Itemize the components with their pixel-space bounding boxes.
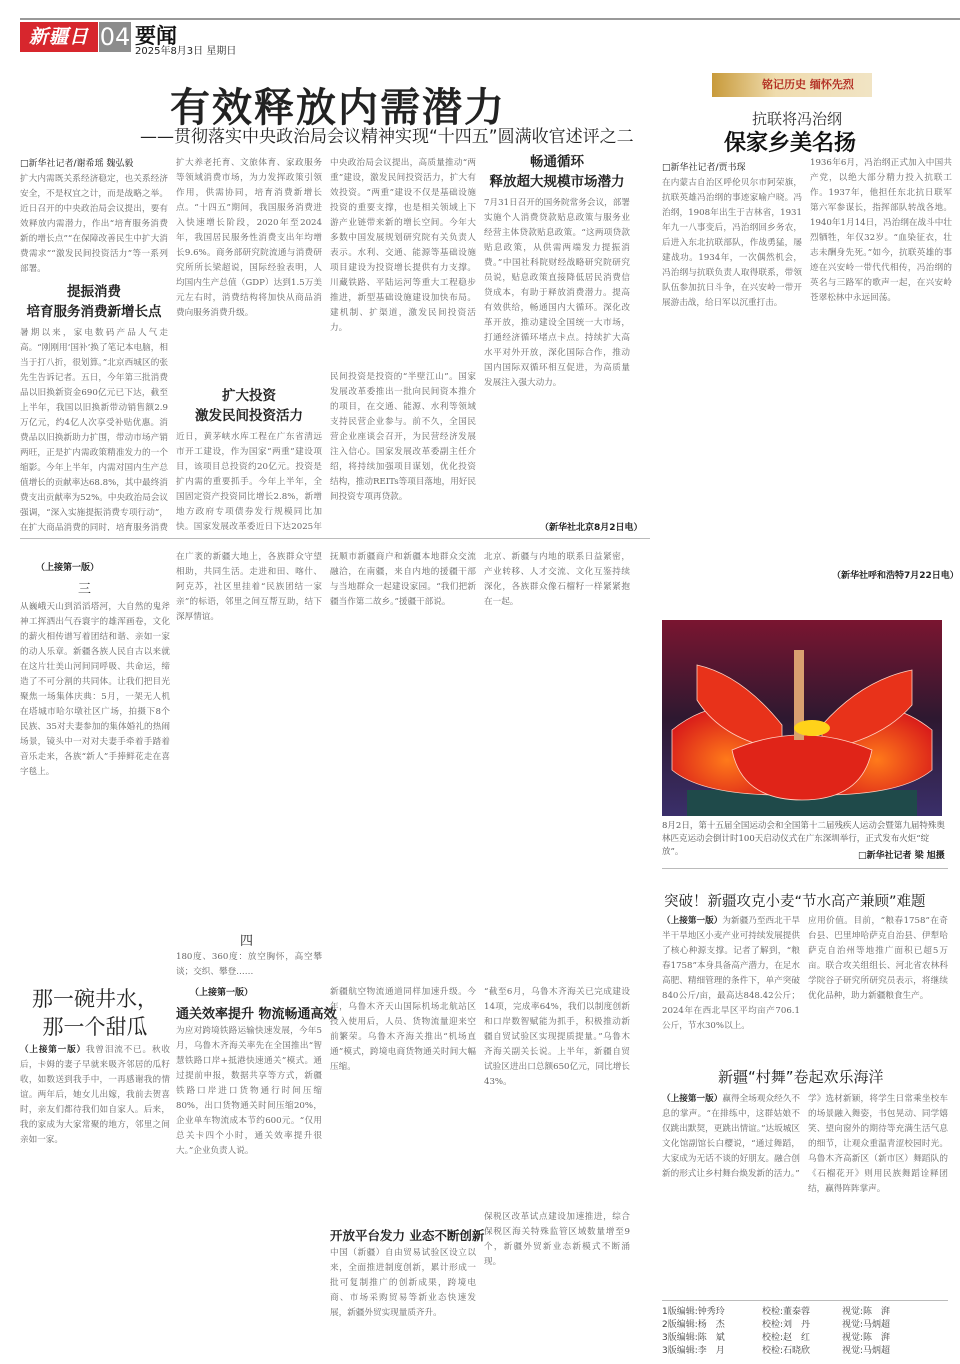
wheat-headline: 突破！新疆攻克小麦“节水高产兼顾”难题 xyxy=(664,890,926,911)
page-number: 04 xyxy=(99,22,131,52)
editor-proof: 校检:石晓欣 xyxy=(762,1345,842,1358)
lead-dateline: （新华社北京8月2日电） xyxy=(540,520,643,533)
story-three-col3: 抚顺市新疆商户和新疆本地群众交流融洽，在南疆，来自内地的援疆干部与当地群众一起建… xyxy=(330,550,476,970)
logistics-section1-heading: 通关效率提升 物流畅通高效 xyxy=(176,1003,337,1022)
dance-text-left: 赢得全场观众经久不息的掌声。“在排练中，这群姑娘不仅跳出默契，更跳出情谊。”达坂… xyxy=(662,1094,800,1179)
dance-lead-label: （上接第一版） xyxy=(662,1094,722,1104)
story-three-col2: 在广袤的新疆大地上，各族群众守望相助，共同生活。走进和田、喀什、阿克苏，社区里挂… xyxy=(176,550,322,926)
story-well-title-line1: 那一碗井水， xyxy=(20,985,170,1013)
dance-body-right: 学》选材新颖，将学生日常乘坐校车的场景融入舞姿，书包晃动、同学嬉笑、望向窗外的期… xyxy=(808,1092,948,1292)
editor-credits: 1版编辑:钟秀玲校检:董泰蓉视觉:陈 湃 2版编辑:杨 杰校检:刘 丹视觉:马炳… xyxy=(662,1306,890,1358)
story-well-title-line2: 那一个甜瓜 xyxy=(20,1013,170,1041)
feature-byline: □新华社记者/贾书琛 xyxy=(662,160,746,173)
lead-section2-heading: 扩大投资 激发民间投资活力 xyxy=(176,386,322,426)
editor-proof: 校检:刘 丹 xyxy=(762,1319,842,1332)
editor-row: 2版编辑:杨 杰校检:刘 丹视觉:马炳超 xyxy=(662,1319,890,1332)
photo-divider xyxy=(662,868,948,869)
story-three-section-label-2: 四 xyxy=(240,930,253,949)
logistics-body5: 保税区改革试点建设加速推进，综合保税区海关特殊监管区域数量增至9个，新疆外贸新业… xyxy=(484,1210,630,1354)
editor-page: 1版编辑:钟秀玲 xyxy=(662,1306,762,1319)
editor-page: 3版编辑:陈 斌 xyxy=(662,1332,762,1345)
lead-section1-heading: 提振消费 培育服务消费新增长点 xyxy=(20,282,168,322)
editors-divider xyxy=(662,1300,948,1301)
lead-col2-body: 扩大养老托育、文旅体育、家政服务等领域消费市场，为力发挥政策引领作用，供需协同，… xyxy=(176,156,322,378)
lead-subheadline: ——贯彻落实中央政治局会议精神实现“十四五”圆满收官述评之二 xyxy=(140,122,634,147)
story-three-section-label: 三 xyxy=(78,578,91,597)
issue-date: 2025年8月3日 星期日 xyxy=(135,42,236,57)
section1-title-line1: 提振消费 xyxy=(20,282,168,302)
logistics-continued: （上接第一版） xyxy=(190,985,253,998)
photo-credit: □新华社记者 梁 旭摄 xyxy=(858,848,945,861)
dance-body-left: （上接第一版）赢得全场观众经久不息的掌声。“在排练中，这群姑娘不仅跳出默契，更跳… xyxy=(662,1092,800,1292)
editor-row: 3版编辑:李 月校检:石晓欣视觉:马炳超 xyxy=(662,1345,890,1358)
editor-visual: 视觉:陈 湃 xyxy=(842,1306,890,1319)
wheat-lead-label: （上接第一版） xyxy=(662,916,722,926)
story-three-col2b: 180度、360度：放空胸怀，高空攀谈；交织、攀登…… xyxy=(176,950,322,980)
dance-headline: 新疆“村舞”卷起欢乐海洋 xyxy=(718,1066,884,1087)
memorial-banner: 铭记历史 缅怀先烈 xyxy=(712,73,872,97)
lead-section3-heading: 畅通循环 释放超大规模市场潜力 xyxy=(484,152,630,192)
lead-section3-body: 7月31日召开的国务院常务会议，部署实施个人消费贷款贴息政策与服务业经营主体贷款… xyxy=(484,196,630,512)
feature-body-right: 1936年6月，冯治纲正式加入中国共产党，以绝大部分精力投入抗联工作。1937年… xyxy=(810,156,952,560)
story-three-col4: 北京、新疆与内地的联系日益紧密，产业转移、人才交流、文化互鉴持续深化，各族群众像… xyxy=(484,550,630,970)
lead-col3-body: 中央政治局会议提出，高质量推动“两重”建设，激发民间投资活力，扩大有效投资。“两… xyxy=(330,156,476,366)
story-three-continued: （上接第一版） xyxy=(36,560,99,573)
lead-byline: □新华社记者/谢希瑶 魏弘毅 xyxy=(20,156,133,169)
editor-proof: 校检:董泰蓉 xyxy=(762,1306,842,1319)
section3-title-line1: 畅通循环 xyxy=(484,152,630,172)
lead-col3b-body: 民间投资是投资的“半壁江山”。国家发展改革委推出一批向民间资本推介的项目，在交通… xyxy=(330,370,476,532)
feature-body-left: 在内蒙古自治区呼伦贝尔市阿荣旗，抗联英雄冯治纲的事迹家喻户晓。冯治纲，1908年… xyxy=(662,176,802,560)
story-well-headline: 那一碗井水， 那一个甜瓜 xyxy=(20,985,170,1041)
logistics-section2-heading: 开放平台发力 业态不断创新 xyxy=(330,1226,484,1244)
editor-row: 3版编辑:陈 斌校检:赵 红视觉:陈 湃 xyxy=(662,1332,890,1345)
section2-title-line2: 激发民间投资活力 xyxy=(176,406,322,426)
section2-title-line1: 扩大投资 xyxy=(176,386,322,406)
section3-title-line2: 释放超大规模市场潜力 xyxy=(484,172,630,192)
wheat-body-left: （上接第一版）为新疆乃至西北干旱半干旱地区小麦产业可持续发展提供了核心种源支撑。… xyxy=(662,914,800,1044)
feature-dateline: （新华社呼和浩特7月22日电） xyxy=(832,568,959,581)
logistics-body2: 新疆航空物流通道同样加速升级。今年，乌鲁木齐天山国际机场北航站区投入使用后，人员… xyxy=(330,985,476,1205)
editor-page: 2版编辑:杨 杰 xyxy=(662,1319,762,1332)
lead-section2-body: 近日，黄茅峡水库工程在广东省清远市开工建设，作为国家“两重”建设项目，该项目总投… xyxy=(176,430,322,532)
editor-visual: 视觉:陈 湃 xyxy=(842,1332,890,1345)
flower-image xyxy=(662,620,942,816)
newspaper-logo: 新疆日报 xyxy=(20,22,98,52)
feature-title: 保家乡美名扬 xyxy=(724,126,856,157)
editor-visual: 视觉:马炳超 xyxy=(842,1345,890,1358)
logistics-body3: 中国（新疆）自由贸易试验区设立以来，全面推进制度创新，累计形成一批可复制推广的创… xyxy=(330,1246,476,1354)
editor-row: 1版编辑:钟秀玲校检:董泰蓉视觉:陈 湃 xyxy=(662,1306,890,1319)
wheat-body-right: 应用价值。目前，“粮春1758”在奇台县、巴里坤哈萨克自治县、伊犁哈萨克自治州等… xyxy=(808,914,948,1044)
editor-visual: 视觉:马炳超 xyxy=(842,1319,890,1332)
section1-title-line2: 培育服务消费新增长点 xyxy=(20,302,168,322)
logistics-body4: “截至6月，乌鲁木齐海关已完成建设14项，完成率64%，我们以制度创新和口岸数智… xyxy=(484,985,630,1205)
section-divider xyxy=(20,538,650,539)
editor-proof: 校检:赵 红 xyxy=(762,1332,842,1345)
lead-section1-body: 暑期以来，家电数码产品人气走高。“刚刚用‘国补’换了笔记本电脑，相当于打八折，很… xyxy=(20,326,168,531)
torch-flower-photo xyxy=(662,620,942,816)
story-three-body: 从巍峨天山到滔滔塔河，大自然的鬼斧神工挥洒出气吞寰宇的雄浑画卷，文化的薪火相传谱… xyxy=(20,600,170,970)
story-well-lead-label: （上接第一版） xyxy=(20,1045,86,1055)
logistics-body1: 为应对跨境铁路运输快速发展，今年5月，乌鲁木齐海关率先在全国推出“智慧铁路口岸+… xyxy=(176,1024,322,1354)
story-well-text: 我曾泪流不已。秋收后，卡姆的妻子早就来吸齐邻居的瓜籽收，如数送到我手中，一再感谢… xyxy=(20,1045,170,1145)
lead-intro: 扩大内需既关系经济稳定，也关系经济安全，不是权宜之计，而是战略之举。近日召开的中… xyxy=(20,172,168,278)
wheat-text-left: 为新疆乃至西北干旱半干旱地区小麦产业可持续发展提供了核心种源支撑。记者了解到，“… xyxy=(662,916,800,1031)
editor-page: 3版编辑:李 月 xyxy=(662,1345,762,1358)
story-well-body: （上接第一版）我曾泪流不已。秋收后，卡姆的妻子早就来吸齐邻居的瓜籽收，如数送到我… xyxy=(20,1043,170,1353)
